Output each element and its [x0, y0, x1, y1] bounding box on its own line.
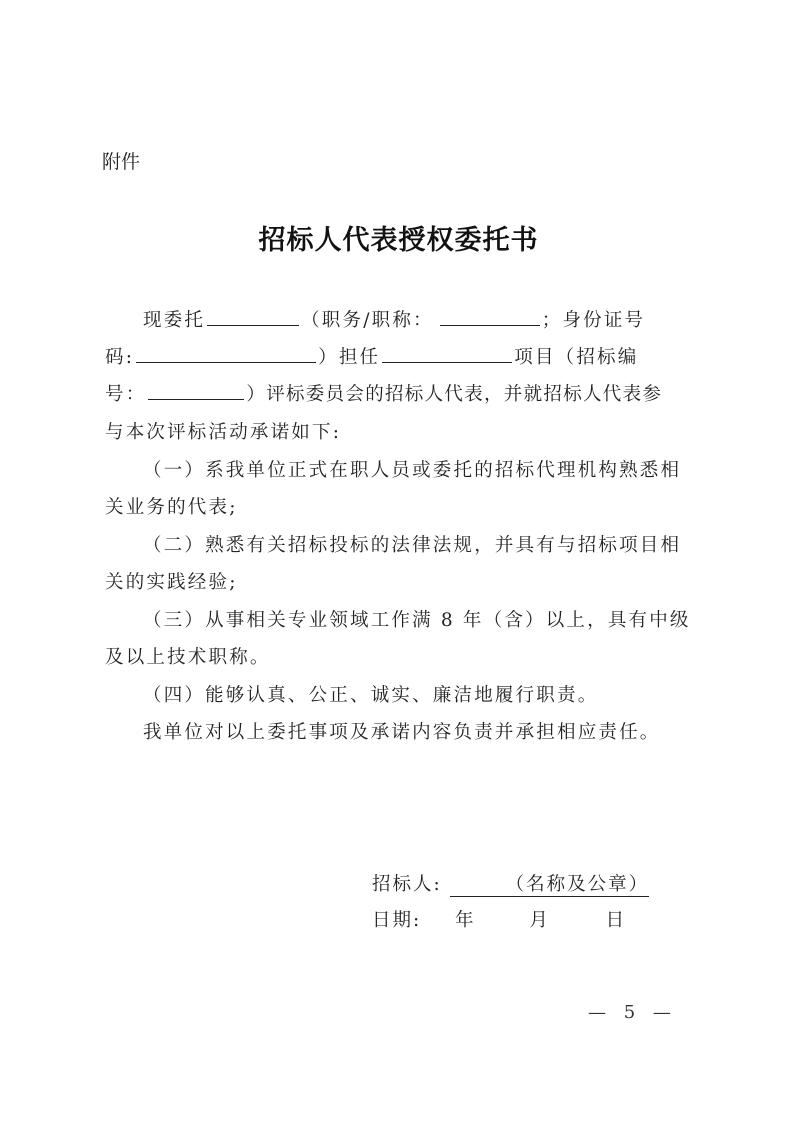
paragraph-1-line-4: 与本次评标活动承诺如下:: [105, 414, 690, 452]
document-title: 招标人代表授权委托书: [0, 218, 793, 257]
tenderer-label: 招标人:: [372, 874, 442, 895]
paragraph-1-line-2: 码:）担任项目（招标编: [105, 339, 690, 377]
commitment-item-3-line-2: 及以上技术职称。: [105, 639, 690, 677]
day-field[interactable]: 日: [606, 910, 627, 931]
year-field[interactable]: 年: [455, 910, 476, 931]
tenderer-hint: （名称及公章）: [506, 874, 650, 895]
commitment-item-3-line-1: （三）从事相关专业领域工作满 8 年（含）以上，具有中级: [105, 602, 690, 640]
entrusted-person-blank[interactable]: [207, 309, 299, 326]
position-title-blank[interactable]: [440, 309, 540, 326]
text: ）担任: [318, 347, 380, 368]
paragraph-1-line-1: 现委托（职务/职称：；身份证号: [105, 302, 690, 340]
date-label: 日期:: [372, 910, 421, 931]
tenderer-name-seal-field[interactable]: （名称及公章）: [450, 870, 650, 897]
date-line: 日期: 年 月 日: [372, 906, 626, 932]
text: ；身份证号: [542, 310, 646, 331]
paragraph-1-line-3: 号：）评标委员会的招标人代表，并就招标人代表参: [105, 376, 690, 414]
closing-statement: 我单位对以上委托事项及承诺内容负责并承担相应责任。: [105, 714, 690, 752]
text: 现委托: [143, 310, 205, 331]
text: （职务/职称：: [301, 310, 434, 331]
commitment-item-1-line-1: （一）系我单位正式在职人员或委托的招标代理机构熟悉相: [105, 452, 690, 490]
project-name-blank[interactable]: [382, 346, 512, 363]
text: 码:: [105, 347, 134, 368]
month-field[interactable]: 月: [529, 910, 550, 931]
id-number-blank[interactable]: [136, 346, 316, 363]
text: ）评标委员会的招标人代表，并就招标人代表参: [246, 384, 662, 405]
text: 号：: [105, 384, 146, 405]
attachment-label: 附件: [102, 147, 140, 174]
page-number: — 5 —: [588, 1002, 677, 1023]
title-text: 招标人代表授权委托书: [259, 225, 539, 256]
tender-number-blank[interactable]: [148, 383, 244, 400]
commitment-item-4: （四）能够认真、公正、诚实、廉洁地履行职责。: [105, 677, 690, 715]
commitment-item-1-line-2: 关业务的代表;: [105, 489, 690, 527]
commitment-item-2-line-2: 关的实践经验;: [105, 564, 690, 602]
text: 项目（招标编: [514, 347, 638, 368]
commitment-item-2-line-1: （二）熟悉有关招标投标的法律法规，并具有与招标项目相: [105, 527, 690, 565]
tenderer-signature-line: 招标人: （名称及公章）: [372, 870, 649, 897]
